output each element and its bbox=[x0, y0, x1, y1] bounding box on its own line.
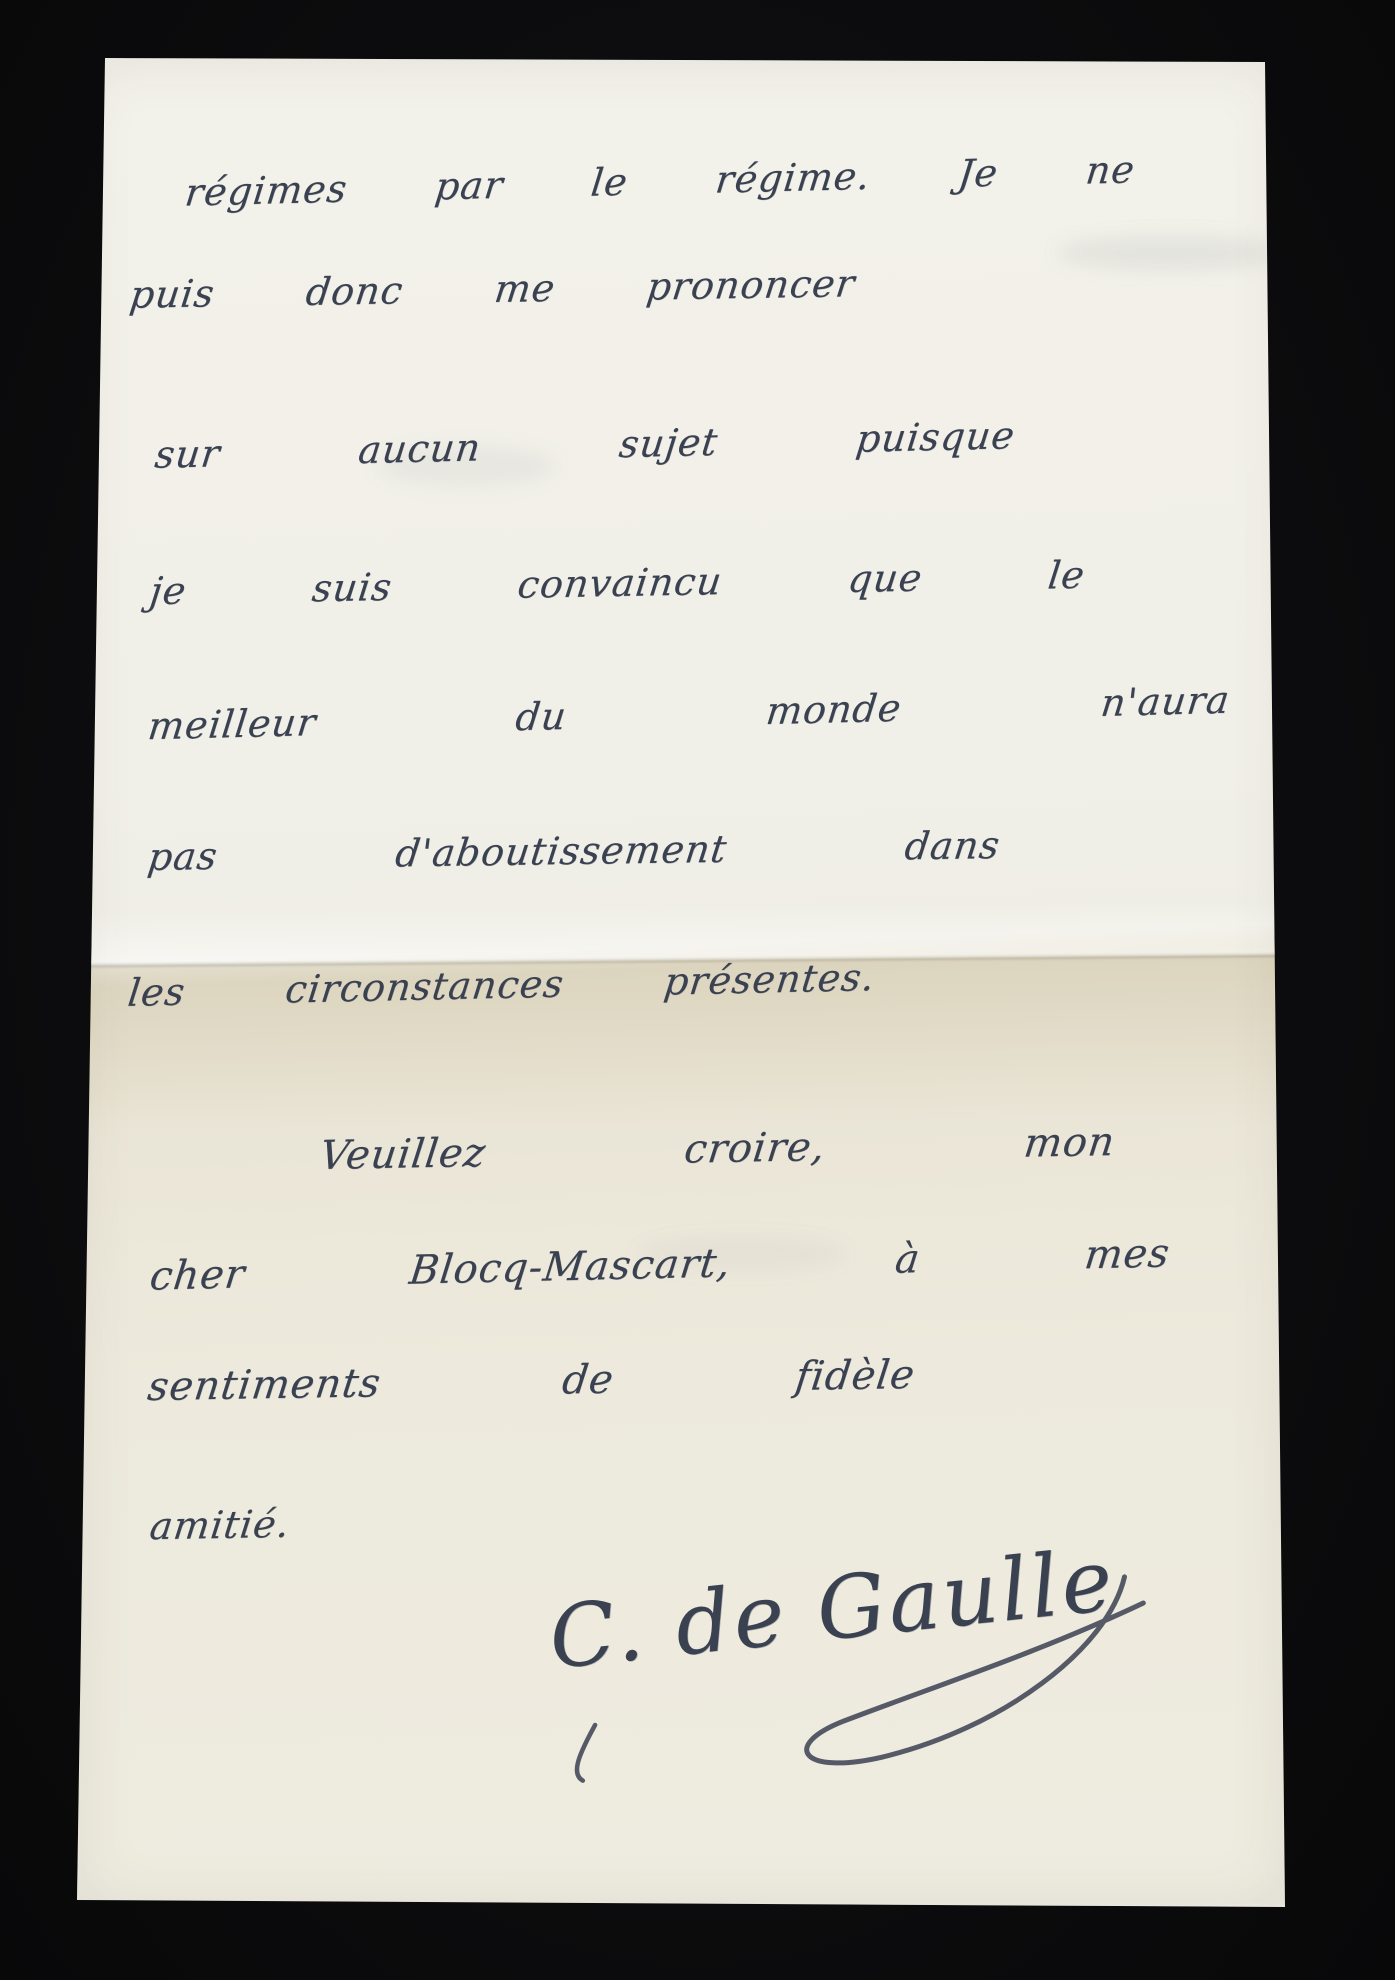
fold-shading bbox=[56, 955, 1337, 1136]
ink-show-through bbox=[377, 446, 557, 486]
ink-show-through bbox=[637, 1236, 847, 1272]
ink-show-through bbox=[1057, 236, 1287, 270]
photo-background: régimes par le régime. Je nepuis donc me… bbox=[0, 0, 1395, 1980]
